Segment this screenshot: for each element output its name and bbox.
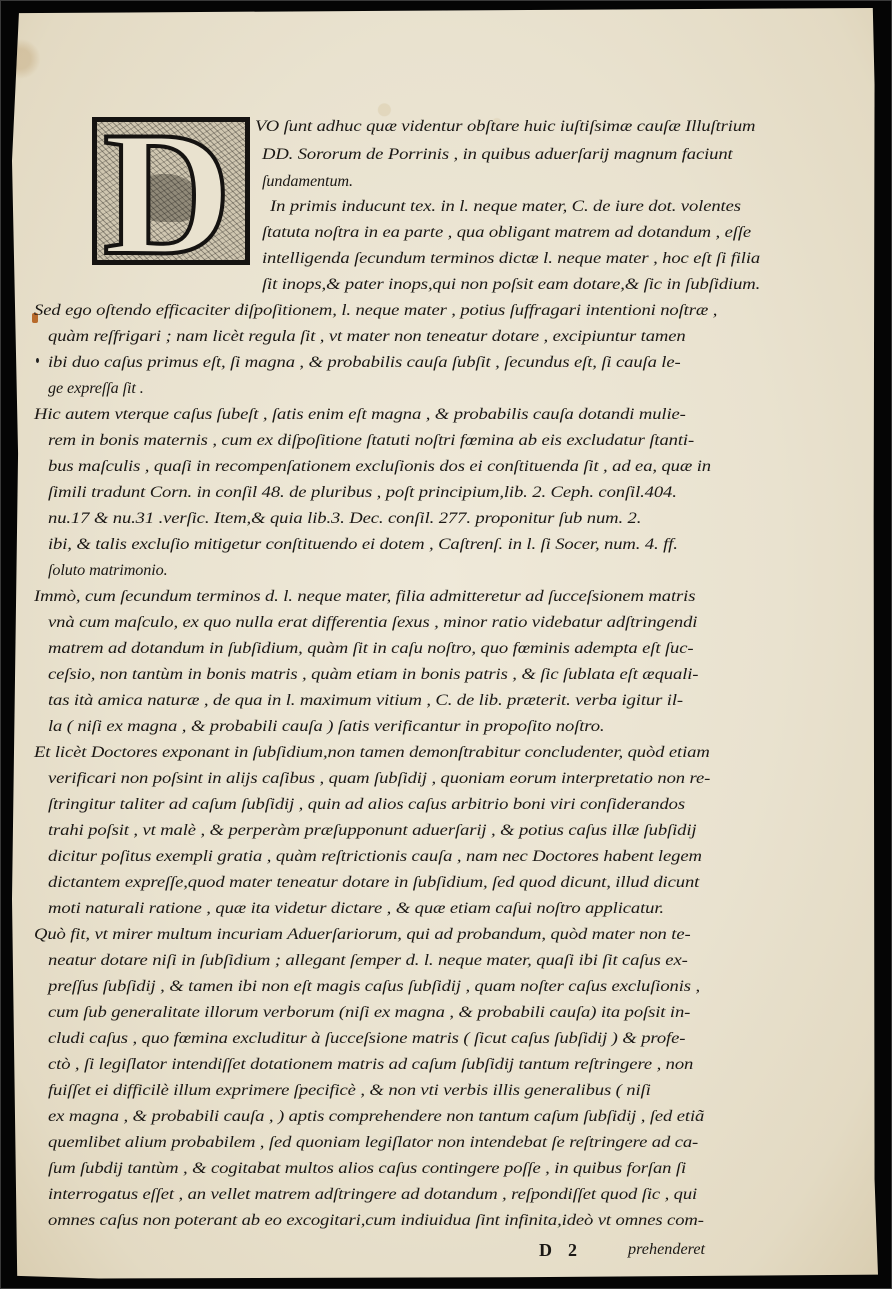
text-line: ctò , ſi legiſlator intendiſſet dotation… <box>48 1056 693 1072</box>
text-line: intelligenda ſecundum terminos dictæ l. … <box>262 250 760 266</box>
text-line: ſtringitur taliter ad caſum ſubſidij , q… <box>48 796 685 812</box>
text-line: Immò, cum ſecundum terminos d. l. neque … <box>34 588 695 604</box>
text-line: la ( niſi ex magna , & probabili cauſa )… <box>48 718 604 734</box>
text-line: ibi duo caſus primus eſt, ſi magna , & p… <box>48 354 681 370</box>
text-line: Quò fit, vt mirer multum incuriam Aduerſ… <box>34 926 691 942</box>
text-line: ceſsio, non tantùm in bonis matris , quà… <box>48 666 698 682</box>
text-line: moti naturali ratione , quæ ita videtur … <box>48 900 664 916</box>
text-line: ſtatuta noſtra in ea parte , qua obligan… <box>262 224 751 240</box>
signature-letter: D <box>539 1240 552 1261</box>
text-line: ibi, & talis excluſio mitigetur conſtitu… <box>48 536 678 552</box>
text-line: VO ſunt adhuc quæ videntur obſtare huic … <box>255 118 755 134</box>
text-line: omnes caſus non poterant ab eo excogitar… <box>48 1212 704 1228</box>
text-line: cludi caſus , quo fœmina excluditur à ſu… <box>48 1030 685 1046</box>
text-line: ex magna , & probabili cauſa , ) aptis c… <box>48 1108 704 1124</box>
text-line: ge expreſſa ſit . <box>48 380 144 396</box>
paper-hole <box>36 358 39 363</box>
text-line: preſſus ſubſidij , & tamen ibi non eſt m… <box>48 978 700 994</box>
text-line: Sed ego oſtendo efficaciter diſpoſitione… <box>34 302 717 318</box>
catchword: prehenderet <box>628 1240 705 1259</box>
text-line: ſimili tradunt Corn. in conſil 48. de pl… <box>48 484 677 500</box>
text-line: quàm reſfrigari ; nam licèt regula ſit ,… <box>48 328 686 344</box>
text-line: cum ſub generalitate illorum verborum (n… <box>48 1004 690 1020</box>
text-line: In primis inducunt tex. in l. neque mate… <box>270 198 741 214</box>
text-line: nu.17 & nu.31 .verſic. Item,& quia lib.3… <box>48 510 641 526</box>
text-line: Et licèt Doctores exponant in ſubſidium,… <box>34 744 710 760</box>
text-line: tas ità amica naturæ , de qua in l. maxi… <box>48 692 683 708</box>
drop-cap-letter: D <box>103 117 232 265</box>
text-line: verificari non poſsint in alijs caſibus … <box>48 770 710 786</box>
text-line: interrogatus eſſet , an vellet matrem ad… <box>48 1186 697 1202</box>
text-line: DD. Sororum de Porrinis , in quibus adue… <box>262 146 733 162</box>
text-line: Hic autem vterque caſus ſubeſt , ſatis e… <box>34 406 686 422</box>
text-line: neatur dotare niſi in ſubſidium ; allega… <box>48 952 688 968</box>
woodcut-drop-cap: D <box>92 117 250 265</box>
text-line: ſoluto matrimonio. <box>48 562 168 578</box>
text-line: ſit inops,& pater inops,qui non poſsit e… <box>262 276 760 292</box>
text-line: ſum ſubdij tantùm , & cogitabat multos a… <box>48 1160 686 1176</box>
text-line: dictantem expreſſe,quod mater teneatur d… <box>48 874 699 890</box>
text-line: trahi poſsit , vt malè , & perperàm præſ… <box>48 822 696 838</box>
signature-number: 2 <box>568 1240 577 1261</box>
text-line: matrem ad dotandum in ſubſidium, quàm ſi… <box>48 640 693 656</box>
text-line: rem in bonis maternis , cum ex diſpoſiti… <box>48 432 694 448</box>
text-line: fuiſſet ei difficilè illum exprimere ſpe… <box>48 1082 651 1098</box>
text-line: ſundamentum. <box>262 173 353 189</box>
text-line: quemlibet alium probabilem , ſed quoniam… <box>48 1134 698 1150</box>
text-line: vnà cum maſculo, ex quo nulla erat diffe… <box>48 614 697 630</box>
text-line: dicitur poſitus exempli gratia , quàm re… <box>48 848 702 864</box>
text-line: bus maſculis , quaſi in recompenſationem… <box>48 458 711 474</box>
